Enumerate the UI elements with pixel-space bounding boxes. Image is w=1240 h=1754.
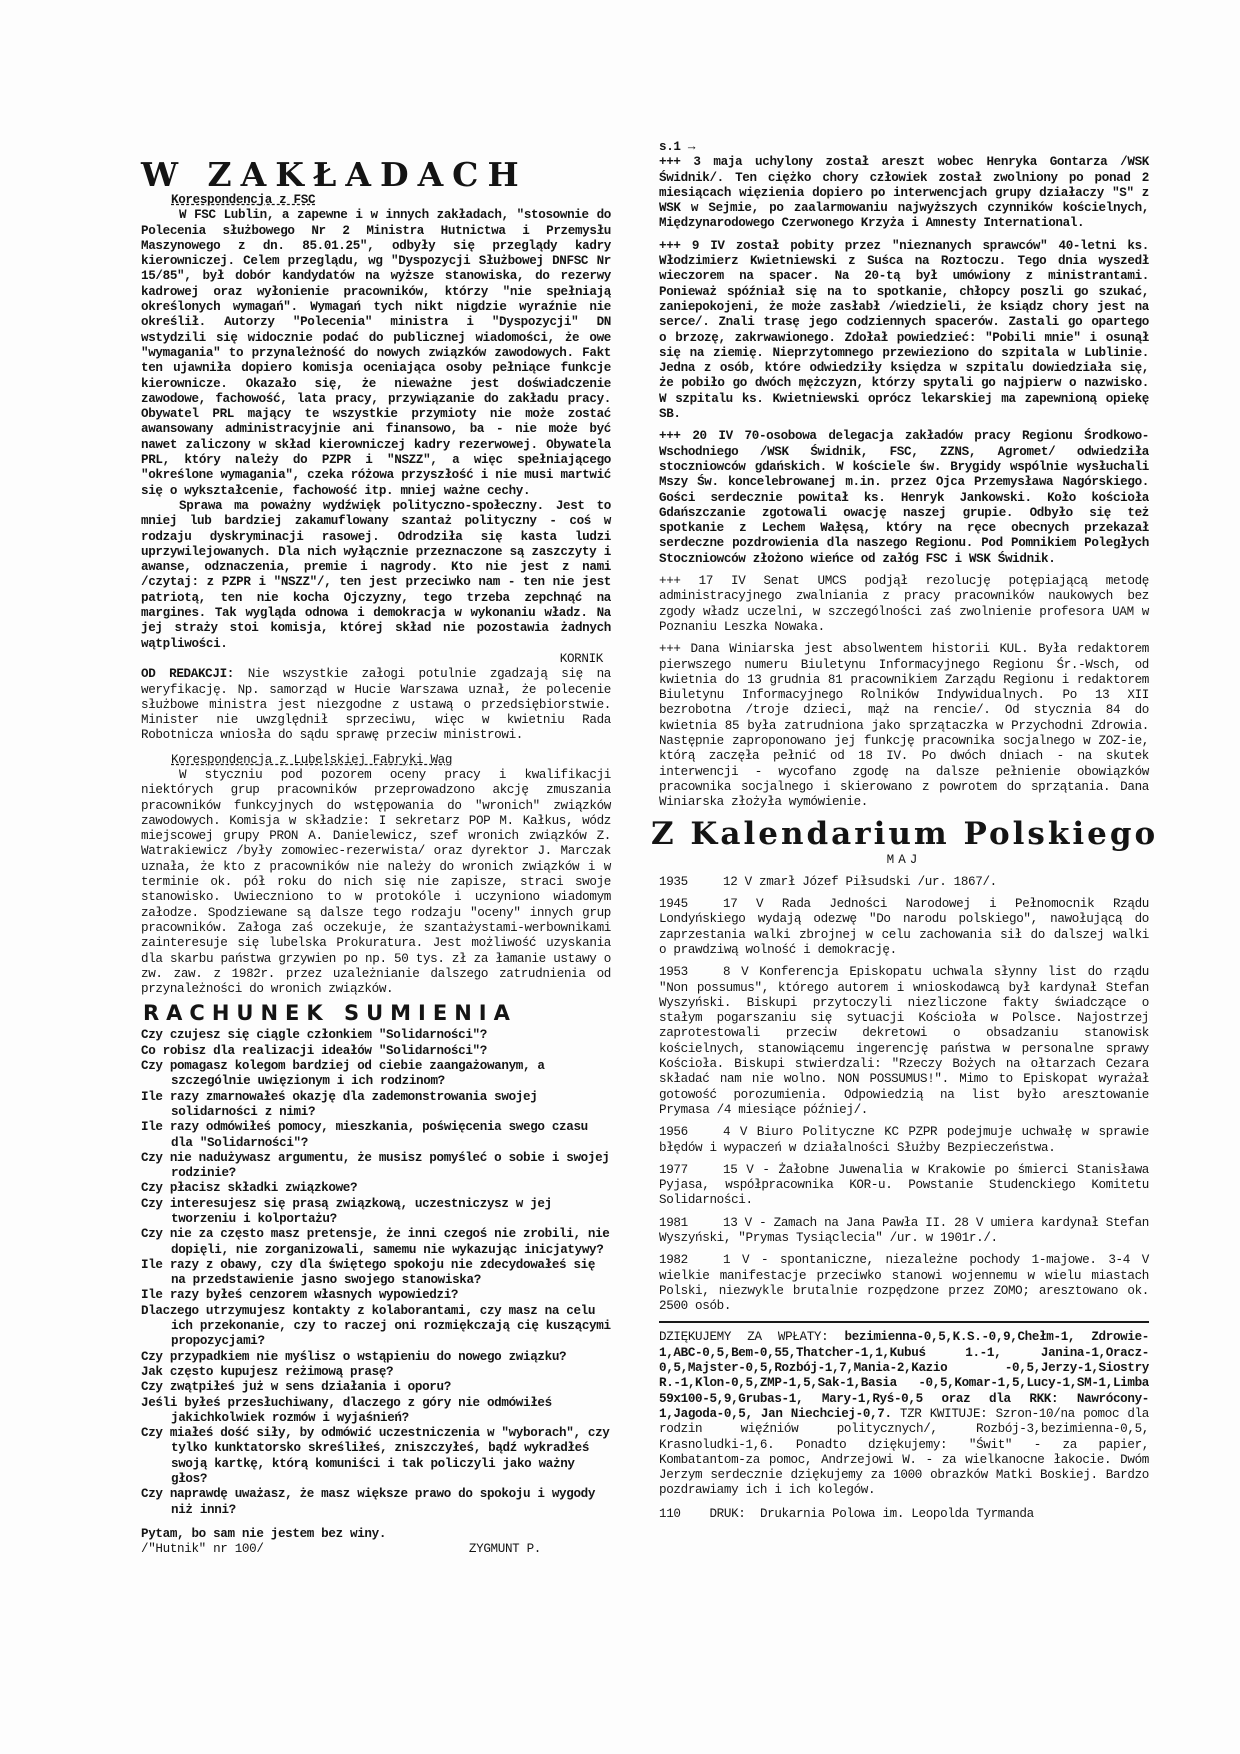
issue-number: 110 [659, 1507, 681, 1521]
tzr-label: TZR KWITUJE: [900, 1407, 988, 1421]
calendar-text: 12 V zmarł Józef Piłsudski /ur. 1867/. [723, 875, 997, 889]
printer-name: Drukarnia Polowa im. Leopolda Tyrmanda [760, 1507, 1034, 1521]
source-citation: /"Hutnik" nr 100/ [141, 1542, 264, 1557]
calendar-entry: 19538 V Konferencja Episkopatu uchwala s… [659, 965, 1149, 1118]
calendar-entry: 194517 V Rada Jedności Narodowej i Pełno… [659, 897, 1149, 958]
editorial-label: OD REDAKCJI: [141, 667, 234, 681]
print-label: DRUK: [709, 1507, 745, 1521]
subheading-lfw: Korespondencja z Lubelskiej Fabryki Wag [171, 753, 611, 768]
question-item: Czy płacisz składki związkowe? [141, 1181, 611, 1196]
signature-kornik: KORNIK [141, 652, 611, 667]
question-item: Czy nie nadużywasz argumentu, że musisz … [141, 1151, 611, 1182]
calendar-month: MAJ [659, 853, 1149, 868]
author-signature: ZYGMUNT P. [469, 1542, 541, 1557]
news-item: +++ Dana Winiarska jest absolwentem hist… [659, 642, 1149, 810]
divider-rule [659, 1321, 1149, 1323]
question-item: Dlaczego utrzymujesz kontakty z kolabora… [141, 1304, 611, 1350]
question-item: Czy zwątpiłeś już w sens działania i opo… [141, 1380, 611, 1395]
question-item: Ile razy z obawy, czy dla świętego spoko… [141, 1258, 611, 1289]
calendar-year: 1935 [659, 875, 723, 890]
calendar-text: 4 V Biuro Polityczne KC PZPR podejmuje u… [659, 1125, 1149, 1154]
calendar-year: 1945 [659, 897, 723, 912]
question-item: Ile razy odmówiłeś pomocy, mieszkania, p… [141, 1120, 611, 1151]
headline-w-zakladach: W ZAKŁADACH [141, 157, 611, 193]
headline-kalendarium: Z Kalendarium Polskiego [651, 817, 1149, 851]
calendar-text: 1 V - spontaniczne, niezależne pochody 1… [659, 1253, 1149, 1313]
closing-line: Pytam, bo sam nie jestem bez winy. [141, 1527, 611, 1542]
calendar-year: 1977 [659, 1163, 723, 1178]
question-item: Czy nie za często masz pretensje, że inn… [141, 1227, 611, 1258]
left-column: W ZAKŁADACH Korespondencja z FSC W FSC L… [141, 157, 611, 1558]
calendar-entry: 193512 V zmarł Józef Piłsudski /ur. 1867… [659, 875, 1149, 890]
footer: 110 DRUK: Drukarnia Polowa im. Leopolda … [659, 1507, 1149, 1522]
news-item: +++ 3 maja uchylony został areszt wobec … [659, 155, 1149, 231]
question-item: Czy przypadkiem nie myślisz o wstąpieniu… [141, 1350, 611, 1365]
question-item: Ile razy byłeś cenzorem własnych wypowie… [141, 1288, 611, 1303]
calendar-entry: 19821 V - spontaniczne, niezależne pocho… [659, 1253, 1149, 1314]
question-item: Co robisz dla realizacji ideałów "Solida… [141, 1044, 611, 1059]
thanks-section: DZIĘKUJEMY ZA WPŁATY: bezimienna-0,5,K.S… [659, 1330, 1149, 1498]
question-item: Ile razy zmarnowałeś okazję dla zademons… [141, 1090, 611, 1121]
right-column: s.1 → +++ 3 maja uchylony został areszt … [659, 140, 1149, 1522]
calendar-text: 15 V - Żałobne Juwenalia w Krakowie po ś… [659, 1163, 1149, 1208]
continuation-marker: s.1 → [659, 140, 1149, 155]
news-item: +++ 17 IV Senat UMCS podjął rezolucję po… [659, 574, 1149, 635]
calendar-entry: 198113 V - Zamach na Jana Pawła II. 28 V… [659, 1216, 1149, 1247]
question-item: Jak często kupujesz reżimową prasę? [141, 1365, 611, 1380]
source-row: /"Hutnik" nr 100/ ZYGMUNT P. [141, 1542, 611, 1557]
calendar-year: 1956 [659, 1125, 723, 1140]
question-item: Czy interesujesz się prasą związkową, uc… [141, 1197, 611, 1228]
article-fsc-paragraph-1: W FSC Lublin, a zapewne i w innych zakła… [141, 208, 611, 499]
calendar-year: 1953 [659, 965, 723, 980]
subheading-fsc: Korespondencja z FSC [171, 193, 611, 208]
news-item: +++ 9 IV został pobity przez "nieznanych… [659, 239, 1149, 423]
article-lfw-paragraph: W styczniu pod pozorem oceny pracy i kwa… [141, 768, 611, 997]
question-item: Czy miałeś dość siły, by odmówić uczestn… [141, 1426, 611, 1487]
calendar-entry: 197715 V - Żałobne Juwenalia w Krakowie … [659, 1163, 1149, 1209]
question-item: Czy pomagasz kolegom bardziej od ciebie … [141, 1059, 611, 1090]
question-item: Czy czujesz się ciągle członkiem "Solida… [141, 1028, 611, 1043]
editorial-note: OD REDAKCJI: Nie wszystkie załogi potuln… [141, 667, 611, 743]
calendar-entries: 193512 V zmarł Józef Piłsudski /ur. 1867… [659, 875, 1149, 1315]
calendar-text: 8 V Konferencja Episkopatu uchwala słynn… [659, 965, 1149, 1117]
news-item: +++ 20 IV 70-osobowa delegacja zakładów … [659, 429, 1149, 567]
calendar-entry: 19564 V Biuro Polityczne KC PZPR podejmu… [659, 1125, 1149, 1156]
thanks-label: DZIĘKUJEMY ZA WPŁATY: [659, 1330, 828, 1344]
article-fsc-paragraph-2: Sprawa ma poważny wydźwięk polityczno-sp… [141, 499, 611, 652]
calendar-text: 17 V Rada Jedności Narodowej i Pełnomocn… [659, 897, 1149, 957]
news-items: +++ 3 maja uchylony został areszt wobec … [659, 155, 1149, 810]
calendar-year: 1981 [659, 1216, 723, 1231]
newsletter-page: W ZAKŁADACH Korespondencja z FSC W FSC L… [0, 0, 1240, 1754]
question-item: Jeśli byłeś przesłuchiwany, dlaczego z g… [141, 1396, 611, 1427]
calendar-text: 13 V - Zamach na Jana Pawła II. 28 V umi… [659, 1216, 1149, 1245]
questions-list: Czy czujesz się ciągle członkiem "Solida… [141, 1028, 611, 1518]
question-item: Czy naprawdę uważasz, że masz większe pr… [141, 1487, 611, 1518]
headline-rachunek-sumienia: RACHUNEK SUMIENIA [143, 1001, 611, 1025]
calendar-year: 1982 [659, 1253, 723, 1268]
